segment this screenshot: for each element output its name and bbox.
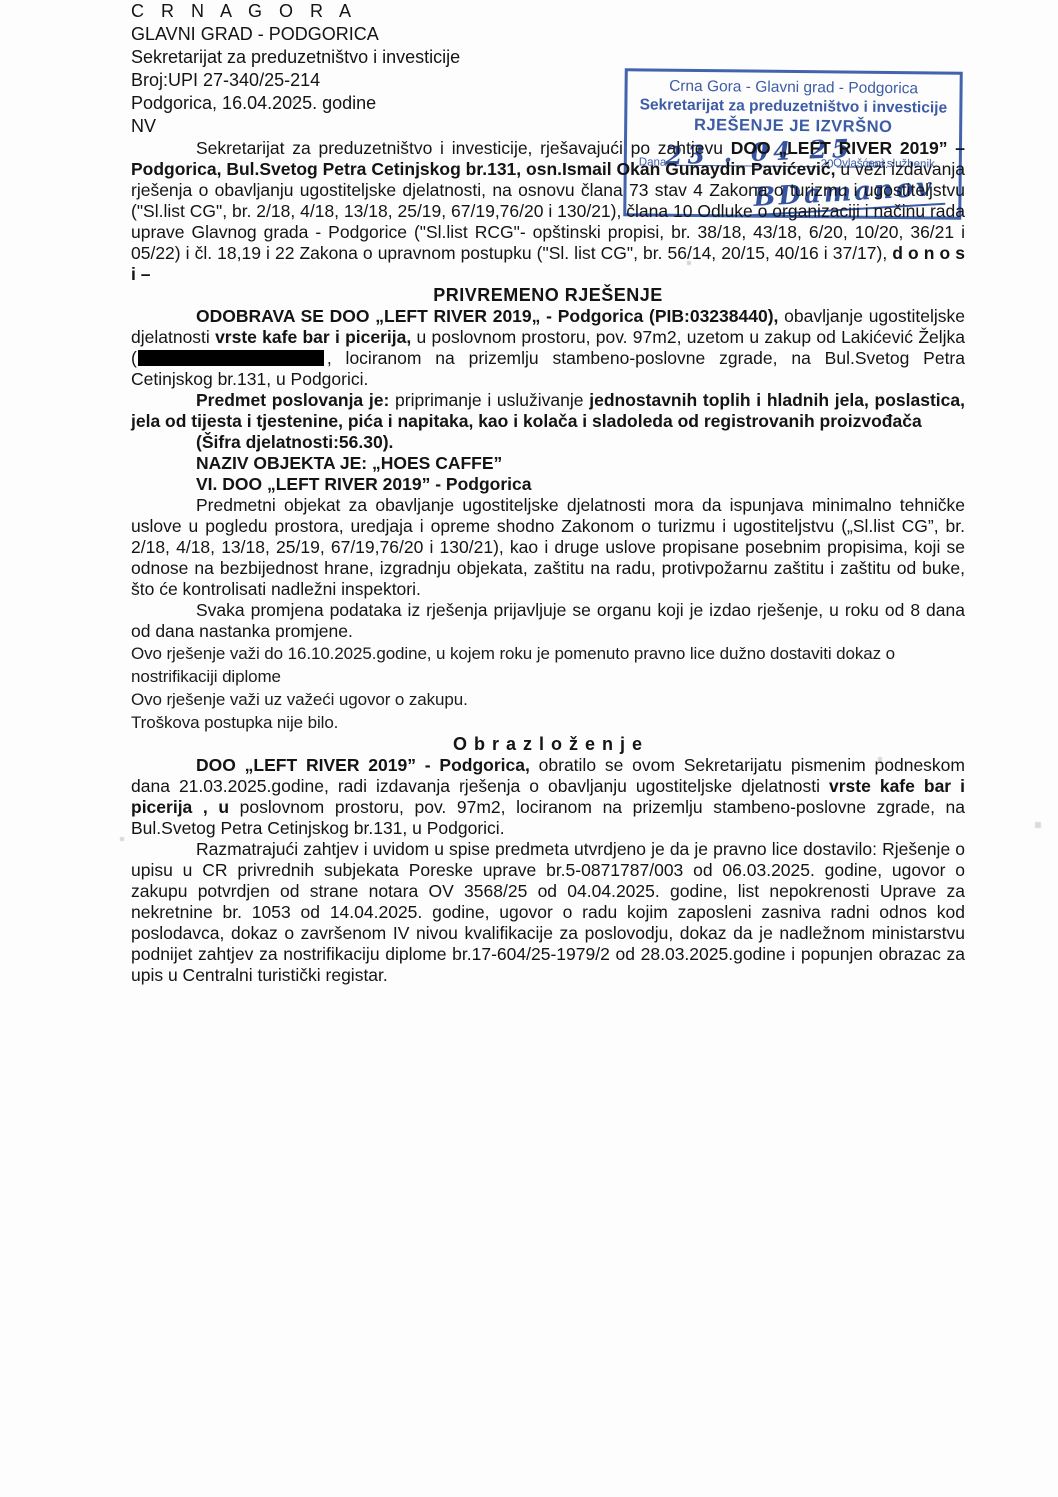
- subject-seg1: priprimanje i usluživanje: [389, 390, 589, 410]
- validity-note-1: Ovo rješenje važi do 16.10.2025.godine, …: [131, 642, 965, 688]
- activity-code-text: (Šifra djelatnosti:56.30).: [196, 432, 393, 452]
- request-company-bold: DOO „LEFT RIVER 2019” - Podgorica,: [196, 755, 530, 775]
- approval-paragraph: ODOBRAVA SE DOO „LEFT RIVER 2019„ - Podg…: [131, 306, 965, 390]
- review-paragraph: Razmatrajući zahtjev i uvidom u spise pr…: [131, 839, 965, 986]
- document-content: C R N A G O R A GLAVNI GRAD - PODGORICA …: [131, 0, 965, 986]
- request-seg4: poslovnom prostoru, pov. 97m2, lociranom…: [131, 797, 965, 838]
- intro-seg1: Sekretarijat za preduzetništvo i investi…: [196, 138, 731, 158]
- conditions-paragraph: Predmetni objekat za obavljanje ugostite…: [131, 495, 965, 600]
- object-name-line2: VI. DOO „LEFT RIVER 2019” - Podgorica: [196, 474, 965, 495]
- object-name-line1: NAZIV OBJEKTA JE: „HOES CAFFE”: [196, 453, 965, 474]
- change-note-paragraph: Svaka promjena podataka iz rješenja prij…: [131, 600, 965, 642]
- explanation-title: O b r a z l o ž e n j e: [131, 734, 965, 755]
- redaction-box: [138, 350, 324, 366]
- costs-note: Troškova postupka nije bilo.: [131, 711, 965, 734]
- letterhead-initials: NV: [131, 115, 965, 138]
- request-paragraph: DOO „LEFT RIVER 2019” - Podgorica, obrat…: [131, 755, 965, 839]
- scan-noise: [0, 0, 2, 2]
- validity-note-2: Ovo rješenje važi uz važeći ugovor o zak…: [131, 688, 965, 711]
- letterhead-city: GLAVNI GRAD - PODGORICA: [131, 23, 965, 46]
- object-name-block: NAZIV OBJEKTA JE: „HOES CAFFE” VI. DOO „…: [131, 453, 965, 495]
- letterhead: C R N A G O R A GLAVNI GRAD - PODGORICA …: [131, 0, 965, 138]
- subject-lead-bold: Predmet poslovanja je:: [196, 390, 389, 410]
- document-page: Crna Gora - Glavni grad - Podgorica Sekr…: [0, 0, 1058, 1497]
- approval-activity-bold: vrste kafe bar i picerija,: [215, 327, 411, 347]
- letterhead-case-number: Broj:UPI 27-340/25-214: [131, 69, 965, 92]
- decision-title: PRIVREMENO RJEŠENJE: [131, 285, 965, 306]
- subject-paragraph: Predmet poslovanja je: priprimanje i usl…: [131, 390, 965, 432]
- activity-code-line: (Šifra djelatnosti:56.30).: [131, 432, 965, 453]
- letterhead-department: Sekretarijat za preduzetništvo i investi…: [131, 46, 965, 69]
- letterhead-country: C R N A G O R A: [131, 0, 965, 23]
- letterhead-place-date: Podgorica, 16.04.2025. godine: [131, 92, 965, 115]
- approval-company-bold: ODOBRAVA SE DOO „LEFT RIVER 2019„ - Podg…: [196, 306, 778, 326]
- intro-paragraph: Sekretarijat za preduzetništvo i investi…: [131, 138, 965, 285]
